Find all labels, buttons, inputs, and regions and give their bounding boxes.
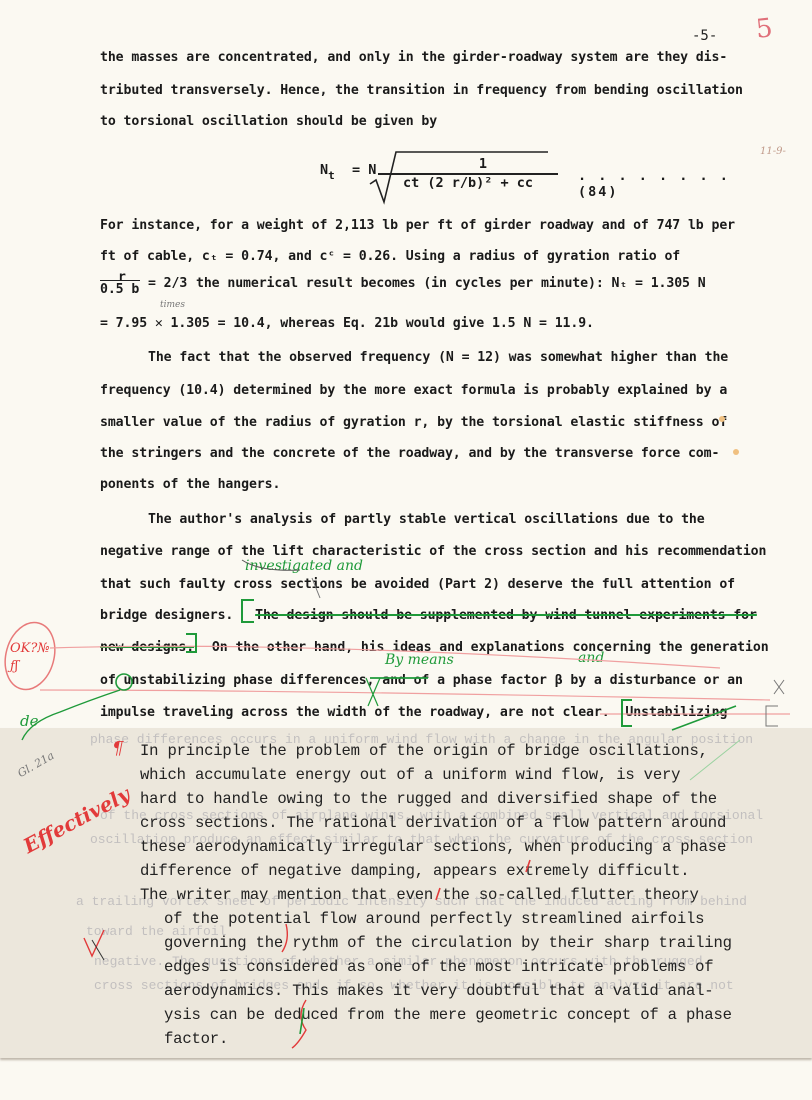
document-page: -5- 5 the masses are concentrated, and o… bbox=[0, 0, 812, 1100]
annotation-strokes bbox=[0, 0, 812, 1100]
